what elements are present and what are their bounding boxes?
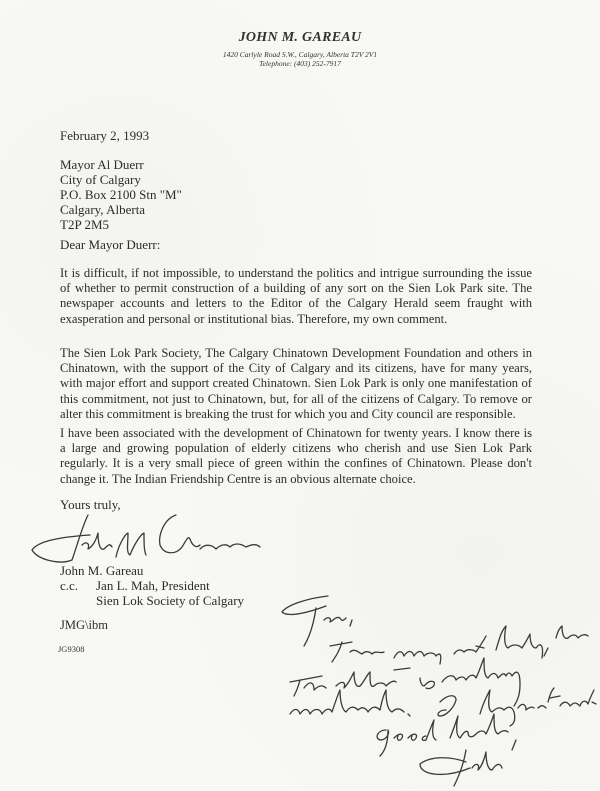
document-reference: JG9308	[58, 644, 84, 654]
letterhead: JOHN M. GAREAU 1420 Carlyle Road S.W., C…	[0, 30, 600, 68]
letterhead-name: JOHN M. GAREAU	[0, 30, 600, 46]
carbon-copy: c.c. Jan L. Mah, President Sien Lok Soci…	[60, 578, 244, 608]
body-paragraph: I have been associated with the developm…	[60, 426, 532, 487]
letter-date: February 2, 1993	[60, 128, 149, 143]
recipient-line: P.O. Box 2100 Stn "M"	[60, 187, 182, 202]
handwritten-note	[270, 590, 600, 790]
handwritten-signature	[20, 505, 280, 570]
salutation: Dear Mayor Duerr:	[60, 237, 160, 252]
letterhead-telephone: Telephone: (403) 252-7917	[0, 59, 600, 68]
cc-label: c.c.	[60, 578, 96, 593]
recipient-address: Mayor Al Duerr City of Calgary P.O. Box …	[60, 157, 182, 232]
recipient-line: Calgary, Alberta	[60, 202, 182, 217]
body-paragraph: The Sien Lok Park Society, The Calgary C…	[60, 346, 532, 422]
typist-initials: JMG\ibm	[60, 618, 108, 633]
letter-page: JOHN M. GAREAU 1420 Carlyle Road S.W., C…	[0, 0, 600, 791]
signature-name: John M. Gareau	[60, 563, 143, 578]
recipient-line: Mayor Al Duerr	[60, 157, 182, 172]
cc-recipient: Jan L. Mah, President	[96, 578, 210, 593]
body-paragraph: It is difficult, if not impossible, to u…	[60, 266, 532, 327]
recipient-line: T2P 2M5	[60, 217, 182, 232]
cc-organization: Sien Lok Society of Calgary	[96, 593, 244, 608]
letterhead-address: 1420 Carlyle Road S.W., Calgary, Alberta…	[0, 50, 600, 59]
recipient-line: City of Calgary	[60, 172, 182, 187]
